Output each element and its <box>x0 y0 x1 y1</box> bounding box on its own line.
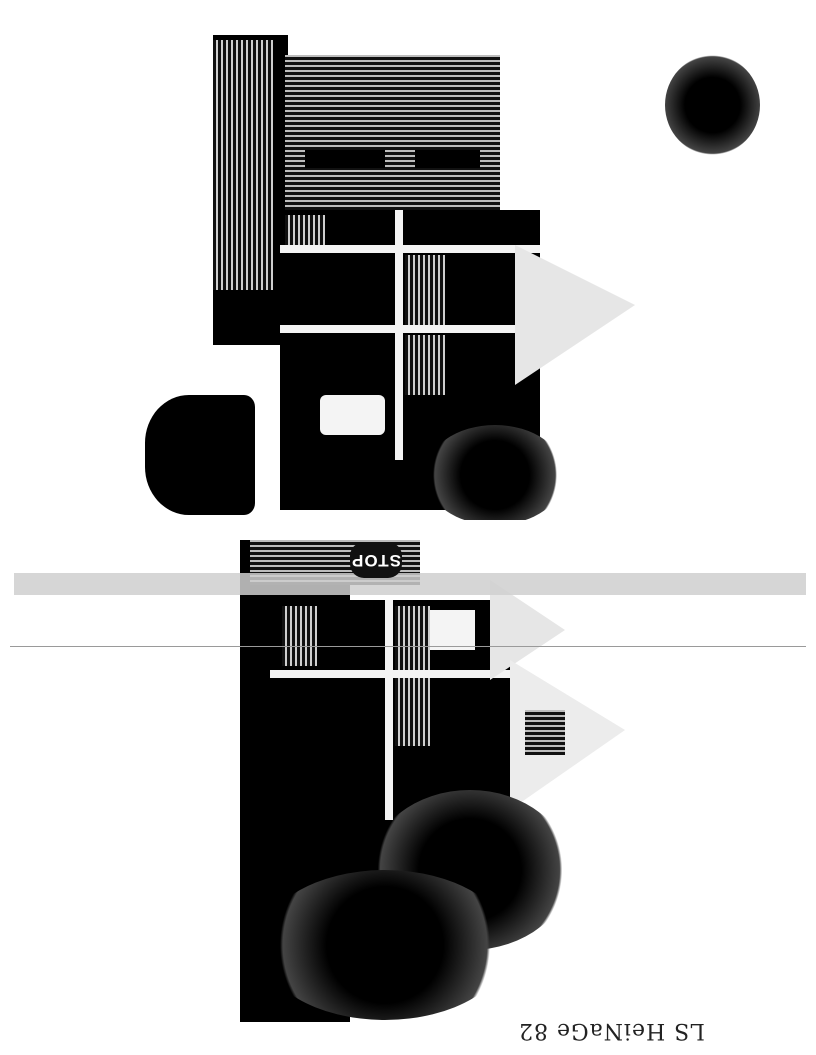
palm <box>260 870 510 1020</box>
shutter <box>282 606 317 666</box>
stop-sign: STOP <box>350 542 402 578</box>
window-light <box>430 610 475 650</box>
attic-window <box>525 710 565 755</box>
porch-column <box>395 210 403 460</box>
porch-beam <box>280 245 540 253</box>
palm <box>425 425 565 520</box>
shutter <box>405 335 445 395</box>
handwritten-caption: LS HeiNaGe 82 <box>518 1018 705 1043</box>
siding <box>285 55 500 220</box>
porch-beam <box>280 325 540 333</box>
window <box>415 150 480 168</box>
shutter <box>405 255 445 325</box>
tree <box>145 395 255 515</box>
shutter <box>285 215 325 245</box>
porch-column <box>385 600 393 820</box>
window <box>305 150 385 168</box>
palm-fragment <box>665 55 760 155</box>
top-photo <box>95 35 640 520</box>
scan-band <box>14 573 806 595</box>
porch-railing <box>213 40 273 290</box>
bottom-photo <box>170 540 630 1022</box>
car <box>320 395 385 435</box>
gable <box>515 245 635 385</box>
scan-line <box>10 646 806 647</box>
